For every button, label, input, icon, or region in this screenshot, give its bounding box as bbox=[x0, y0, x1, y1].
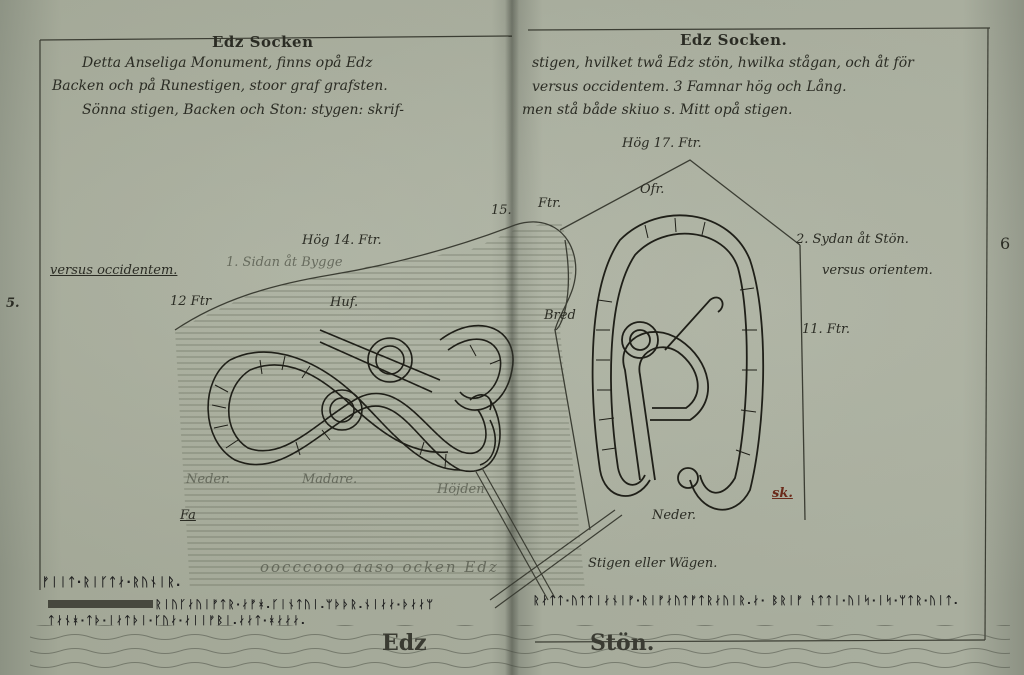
left-lower-label-2: Madare. bbox=[302, 472, 357, 487]
right-rune-line-1: ᚱᛅᛏᛏ·ᚢᛏᛏᛁᛅᚾᛁᚠ·ᚱᛁᚠᛅᚢᛏᚠᛏᚱᛅᚢᛁᚱ.ᛅ· ᛒᚱᛁᚠ ᚾᛏᛏᛁ… bbox=[533, 594, 959, 607]
right-footer-word: Stön. bbox=[590, 630, 654, 656]
left-number-15: 15. bbox=[491, 203, 512, 218]
right-serpent-band bbox=[593, 215, 764, 509]
left-lower-label-1: Neder. bbox=[186, 472, 230, 487]
left-fa-mark: Fa bbox=[180, 508, 196, 523]
left-footer-word: Edz bbox=[382, 630, 427, 656]
left-intro-line-2: Backen och på Runestigen, stoor graf gra… bbox=[52, 77, 388, 96]
right-page-heading: Edz Socken. bbox=[680, 31, 787, 49]
right-lower-label: Neder. bbox=[652, 508, 696, 523]
right-path-label: Stigen eller Wägen. bbox=[588, 556, 717, 571]
left-rune-line-2: ᚱᛁᚢᚴᛅᚢᛁᚠᛏᚱ·ᛅᚠᚼ.ᚴᛁᚾᛏᚢᛁ.ᛘᚦᚦᚱ.ᚾᛁᛅᛅ·ᚦᛅᛅᛘ bbox=[155, 598, 435, 611]
right-intro-line-3: men stå både skiuo s. Mitt opå stigen. bbox=[522, 101, 792, 120]
right-side-height-label: 11. Ftr. bbox=[802, 322, 850, 337]
left-versus-label: versus occidentem. bbox=[50, 263, 177, 278]
hillside-left bbox=[175, 220, 585, 590]
right-intro-line-1: stigen, hvilket twå Edz stön, hwilka stå… bbox=[532, 54, 914, 73]
right-height-label: Hög 17. Ftr. bbox=[622, 136, 702, 151]
right-intro-line-2: versus occidentem. 3 Famnar hög och Lång… bbox=[532, 78, 847, 97]
left-rune-line-1: ᚠᛁᛁᛏ·ᚱᛁᚴᛏᛅ·ᚱᚢᚾᛁᚱ. bbox=[42, 575, 182, 589]
right-page-number: 6 bbox=[1000, 234, 1011, 253]
left-intro-line-3: Sönna stigen, Backen och Ston: stygen: s… bbox=[82, 101, 404, 120]
right-page-frame bbox=[528, 28, 990, 642]
right-red-mark: sk. bbox=[772, 486, 793, 501]
right-side-label: 2. Sydan åt Stön. bbox=[796, 232, 909, 247]
left-height-label: Hög 14. Ftr. bbox=[302, 233, 382, 248]
book-gutter bbox=[505, 0, 519, 675]
right-width-label: Bred bbox=[544, 308, 576, 323]
right-versus-label: versus orientem. bbox=[822, 263, 933, 278]
left-intro-line-1: Detta Anseliga Monument, finns opå Edz bbox=[82, 54, 373, 73]
right-top-left-label: Ftr. bbox=[538, 196, 561, 211]
left-rune-line-3: ᛏᛅᚾᚼ·ᛏᚦ·ᛁᛅᛏᚦᛁ·ᚴᚢᛅ·ᛅᛁᛁᚠᛒᛁ.ᛅᛅᛏ·ᚼᛅᛅᛅ. bbox=[48, 614, 306, 627]
water-waves bbox=[30, 625, 1010, 675]
left-corner-height: 12 Ftr bbox=[170, 294, 211, 309]
left-page-heading: Edz Socken bbox=[212, 33, 313, 51]
left-cursive-scribble: oocccooo aaso ocken Edz bbox=[260, 558, 499, 576]
left-side-label: 1. Sidan åt Bygge bbox=[226, 255, 343, 270]
left-lower-label-3: Höjden bbox=[437, 482, 485, 497]
manuscript-spread: Edz Socken Detta Anseliga Monument, finn… bbox=[0, 0, 1024, 675]
right-head-label: Ofr. bbox=[640, 182, 664, 197]
left-head-label: Huf. bbox=[330, 295, 358, 310]
left-margin-number: 5. bbox=[6, 296, 20, 311]
